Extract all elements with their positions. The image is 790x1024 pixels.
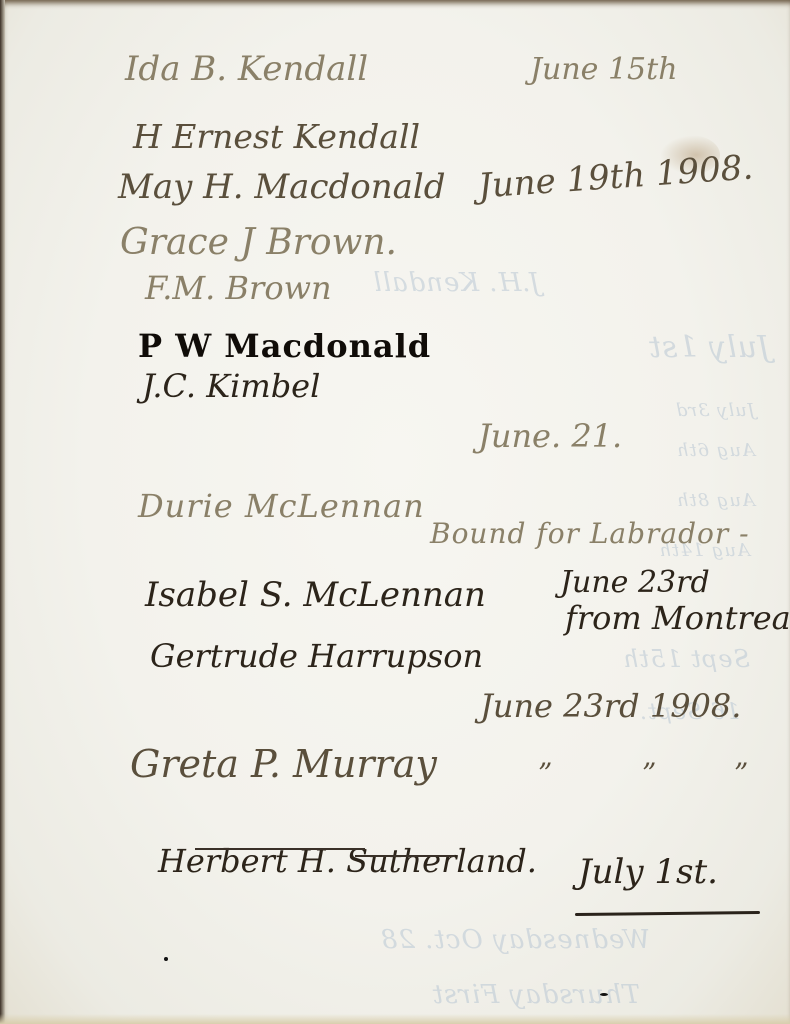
- signature-ida-kendall: Ida B. Kendall: [125, 52, 368, 86]
- ditto-mark: ”: [734, 760, 748, 788]
- entry-date: June 23rd 1908.: [480, 690, 741, 722]
- bleed-through-text: J.H. Kendall: [372, 268, 540, 298]
- ink-speck: [600, 993, 608, 996]
- bleed-through-text: Wednesday Oct. 28: [380, 925, 650, 955]
- strike-through-line: [195, 848, 365, 850]
- entry-note: Bound for Labrador -: [430, 520, 750, 548]
- entry-note: from Montreal: [565, 602, 790, 634]
- document-page: July 1st J.H. Kendall July 3rd Aug 6th A…: [0, 0, 790, 1024]
- ditto-mark: ”: [642, 760, 656, 788]
- signature-ernest-kendall: H Ernest Kendall: [133, 120, 420, 153]
- signature-jc-kimbel: J.C. Kimbel: [142, 370, 320, 402]
- entry-date: July 1st.: [578, 855, 718, 889]
- ditto-mark: ”: [538, 760, 552, 788]
- ink-speck: [164, 957, 168, 961]
- signature-isabel-mclennan: Isabel S. McLennan: [145, 578, 486, 612]
- bleed-through-text: July 3rd: [675, 400, 755, 421]
- entry-date: June 15th: [530, 55, 678, 85]
- bleed-through-text: Thursday First: [432, 980, 640, 1010]
- signature-gertrude-harrupson: Gertrude Harrupson: [150, 640, 483, 672]
- signature-fm-brown: F.M. Brown: [145, 272, 332, 304]
- entry-date: June. 21.: [478, 420, 622, 452]
- bleed-through-text: Aug 6th: [676, 440, 755, 461]
- signature-may-macdonald: May H. Macdonald: [118, 170, 446, 204]
- bleed-through-text: Sept 15th: [622, 645, 750, 673]
- bleed-through-text: Aug 8th: [676, 490, 755, 511]
- signature-greta-murray: Greta P. Murray: [130, 745, 437, 783]
- signature-durie-mclennan: Durie McLennan: [138, 490, 425, 522]
- signature-pw-macdonald: P W Macdonald: [138, 330, 431, 362]
- signature-grace-brown: Grace J Brown.: [120, 225, 397, 261]
- bleed-through-text: July 1st: [648, 330, 770, 365]
- strike-through-line: [355, 855, 455, 857]
- entry-date: June 23rd: [560, 568, 710, 598]
